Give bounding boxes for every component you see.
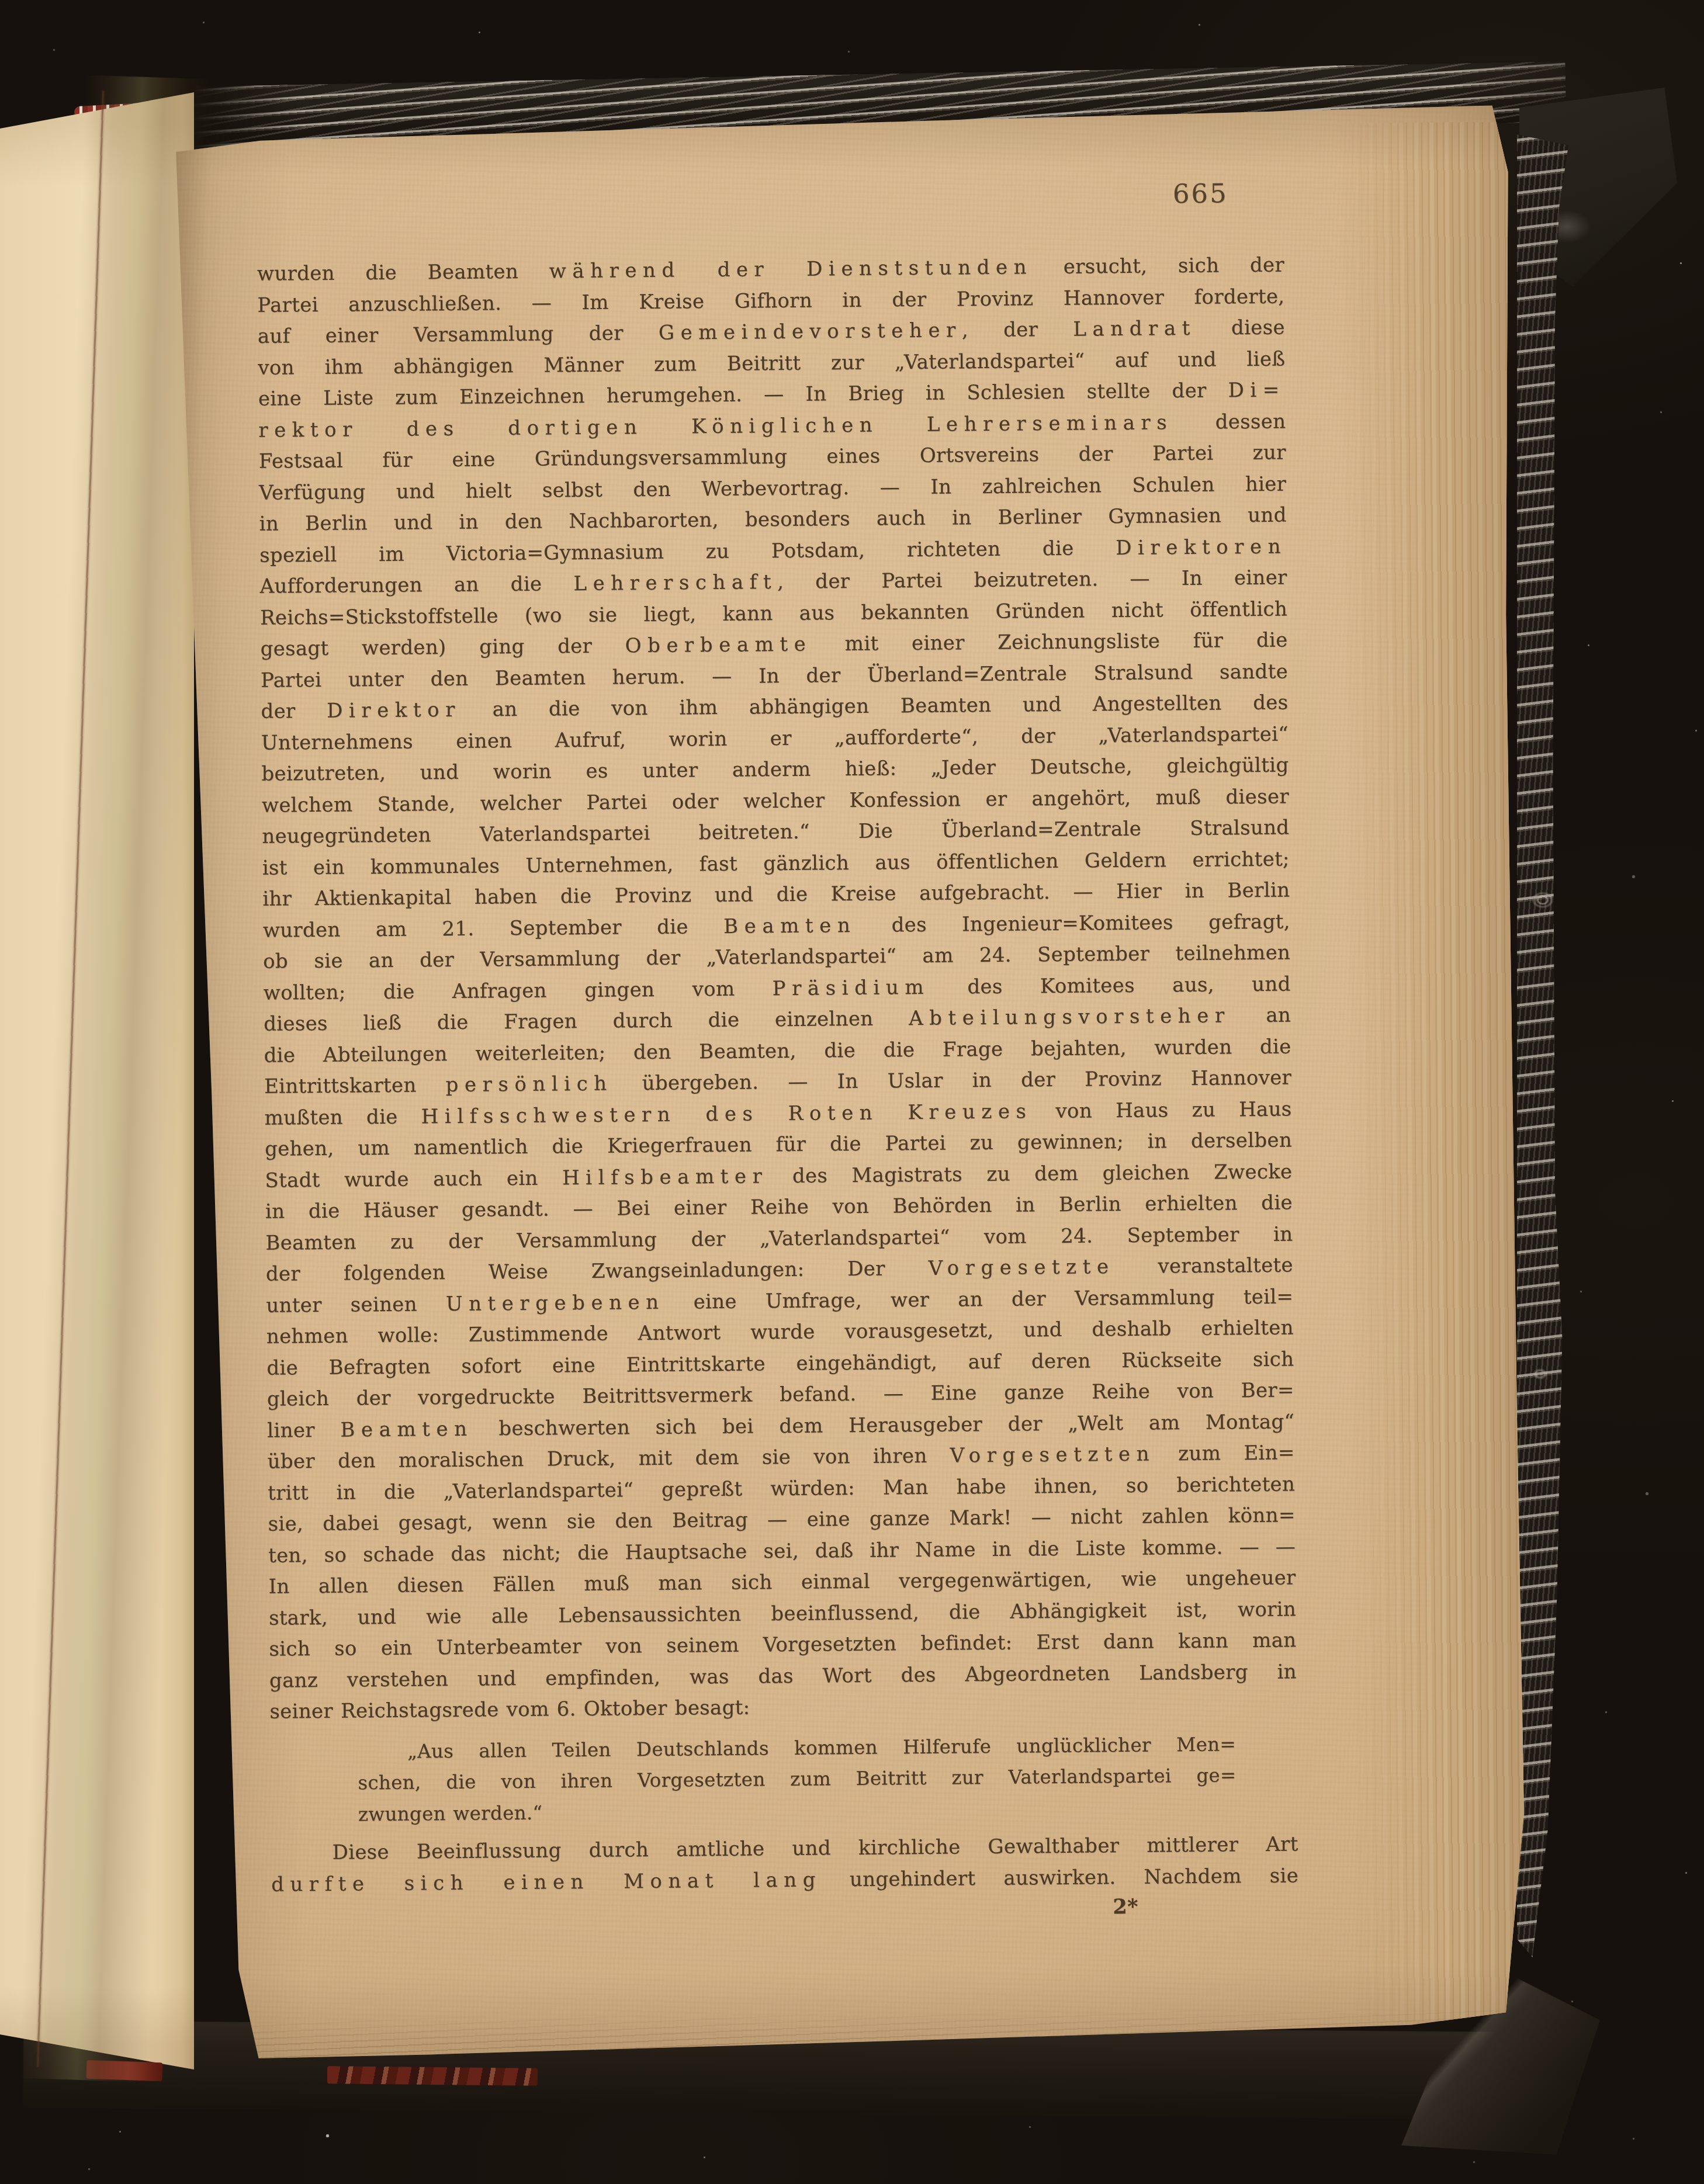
body-text: dessen bbox=[1173, 410, 1286, 434]
body-text: in die Häuser gesandt. — Bei einer Reihe… bbox=[265, 1191, 1293, 1223]
cover-red-marble-bottom bbox=[327, 2066, 538, 2086]
body-text: diese bbox=[1196, 316, 1285, 340]
body-text: die Abteilungen weiterleiten; den Beamte… bbox=[264, 1035, 1291, 1067]
body-text: gleich der vorgedruckte Beitrittsvermerk… bbox=[267, 1378, 1294, 1410]
body-text: wollten; die Anfragen gingen vom bbox=[264, 977, 773, 1005]
body-text: Partei unter den Beamten herum. — In der… bbox=[261, 660, 1288, 692]
body-text: stark, und wie alle Lebensaussichten bee… bbox=[269, 1597, 1296, 1630]
letterspaced-text: Lehrerschaft bbox=[573, 570, 777, 595]
book-photo: 665 wurden die Beamten während der Diens… bbox=[0, 0, 1704, 2184]
body-text: ten, so schade das nicht; die Hauptsache… bbox=[268, 1535, 1296, 1567]
letterspaced-text: Di= bbox=[1228, 379, 1286, 403]
body-text: dieses ließ die Fragen durch die einzeln… bbox=[264, 1007, 909, 1036]
blockquote: „Aus allen Teilen Deutschlands kommen Hi… bbox=[270, 1728, 1298, 1831]
signature-mark: 2* bbox=[271, 1895, 1138, 1926]
letterspaced-text: Hilfsschwestern des Roten Kreuzes bbox=[421, 1100, 1033, 1128]
body-text: eine Umfrage, wer an der Versammlung tei… bbox=[664, 1285, 1293, 1313]
body-text: Verfügung und hielt selbst den Werbevort… bbox=[259, 472, 1286, 504]
body-text: Diese Beeinflussung durch amtliche und k… bbox=[332, 1832, 1298, 1864]
letterspaced-text: Untergebenen bbox=[446, 1290, 665, 1315]
body-text: von ihm abhängigen Männer zum Beitritt z… bbox=[258, 347, 1285, 379]
letterspaced-text: während der Dienststunden bbox=[549, 255, 1033, 283]
body-text: von Haus zu Haus bbox=[1032, 1097, 1291, 1123]
body-text: sie, dabei gesagt, wenn sie den Beitrag … bbox=[268, 1503, 1295, 1535]
body-text: sich so ein Unterbeamter von seinem Vorg… bbox=[269, 1628, 1296, 1660]
book-page: 665 wurden die Beamten während der Diens… bbox=[167, 89, 1539, 2064]
body-text: beizutreten, und worin es unter anderm h… bbox=[261, 753, 1289, 785]
body-text: tritt in die „Vaterlandspartei“ gepreßt … bbox=[268, 1472, 1295, 1504]
body-text: ganz verstehen und empfinden, was das Wo… bbox=[269, 1660, 1297, 1692]
body-text: beschwerten sich bei dem Herausgeber der… bbox=[473, 1410, 1294, 1440]
body-text: auf einer Versammlung der bbox=[258, 321, 659, 348]
body-text: gehen, um namentlich die Kriegerfrauen f… bbox=[265, 1128, 1292, 1160]
body-text: Partei anzuschließen. — Im Kreise Gifhor… bbox=[257, 285, 1284, 317]
letterspaced-text: Abteilungsvorsteher bbox=[909, 1004, 1231, 1030]
letterspaced-text: Vorgesetzte bbox=[928, 1255, 1114, 1280]
body-text: eine Liste zum Einzeichnen herumgehen. —… bbox=[258, 379, 1228, 410]
body-text: mußten die bbox=[264, 1105, 421, 1129]
body-text: liner bbox=[267, 1418, 341, 1442]
body-text: gesagt werden) ging der bbox=[260, 634, 625, 660]
letterspaced-text: Oberbeamte bbox=[625, 633, 812, 658]
closing-paragraph: Diese Beeinflussung durch amtliche und k… bbox=[271, 1829, 1298, 1900]
body-text: Stadt wurde auch ein bbox=[265, 1166, 562, 1192]
letterspaced-text: persönlich bbox=[445, 1072, 612, 1097]
letterspaced-text: durfte sich einen Monat lang bbox=[271, 1868, 822, 1896]
body-text: , der Partei beizutreten. — In einer bbox=[777, 566, 1287, 594]
body-text: ihr Aktienkapital haben die Provinz und … bbox=[262, 878, 1290, 910]
body-text: zum Ein= bbox=[1155, 1441, 1295, 1465]
body-text: des Magistrats zu dem gleichen Zwecke bbox=[768, 1160, 1292, 1188]
facing-page-edge bbox=[0, 82, 194, 2080]
letterspaced-text: Direktor bbox=[327, 698, 461, 723]
body-text: neugegründeten Vaterlandspartei beitrete… bbox=[262, 816, 1289, 848]
body-text: ersucht, sich der bbox=[1033, 254, 1284, 279]
body-text: , der bbox=[962, 318, 1073, 342]
body-text: zwungen werden.“ bbox=[358, 1801, 543, 1825]
marbled-cover-right-edge bbox=[1517, 134, 1568, 1957]
body-text: veranstaltete bbox=[1114, 1253, 1293, 1278]
dust-specks bbox=[0, 0, 1, 1]
body-text: des Komitees aus, und bbox=[930, 972, 1291, 999]
page-number: 665 bbox=[1173, 177, 1290, 209]
letterspaced-text: Beamten bbox=[723, 913, 856, 938]
fore-edge-page-stack bbox=[1338, 122, 1530, 2022]
body-text: an die von ihm abhängigen Beamten und An… bbox=[461, 691, 1289, 721]
letterspaced-text: Gemeindevorsteher bbox=[659, 318, 962, 345]
body-text: wurden die Beamten bbox=[257, 259, 549, 285]
body-text: Reichs=Stickstoffstelle (wo sie liegt, k… bbox=[260, 597, 1287, 629]
body-text: unter seinen bbox=[266, 1292, 446, 1318]
body-text: schen, die von ihren Vorgesetzten zum Be… bbox=[358, 1764, 1236, 1794]
body-text: welchem Stande, welcher Partei oder welc… bbox=[262, 785, 1289, 817]
body-text: Aufforderungen an die bbox=[259, 572, 573, 598]
body-text: nehmen wolle: Zustimmende Antwort wurde … bbox=[266, 1316, 1294, 1348]
body-text: ungehindert auswirken. Nachdem sie bbox=[822, 1864, 1298, 1891]
body-text: Unternehmens einen Aufruf, worin er „auf… bbox=[261, 722, 1289, 754]
body-text: ist ein kommunales Unternehmen, fast gän… bbox=[262, 847, 1290, 879]
body-text: wurden am 21. September die bbox=[263, 914, 724, 942]
body-text: Festsaal für eine Gründungsversammlung e… bbox=[259, 441, 1286, 473]
page-text-block: wurden die Beamten während der Dienststu… bbox=[257, 250, 1299, 1929]
body-text: der bbox=[261, 699, 327, 723]
body-text: der folgenden Weise Zwangseinladungen: D… bbox=[266, 1257, 929, 1286]
body-text: seiner Reichstagsrede vom 6. Oktober bes… bbox=[269, 1696, 750, 1724]
letterspaced-text: Vorgesetzten bbox=[950, 1443, 1156, 1468]
body-text: speziell im Victoria=Gymnasium zu Potsda… bbox=[259, 536, 1116, 567]
cover-red-edge-bottom-left bbox=[86, 2060, 162, 2082]
body-text: in Berlin und in den Nachbarorten, beson… bbox=[259, 503, 1287, 535]
body-text: In allen diesen Fällen muß man sich einm… bbox=[268, 1566, 1296, 1598]
body-text: Beamten zu der Versammlung der „Vaterlan… bbox=[265, 1222, 1293, 1254]
body-paragraph: wurden die Beamten während der Dienststu… bbox=[257, 250, 1297, 1728]
body-text: des Ingenieur=Komitees gefragt, bbox=[856, 910, 1290, 937]
body-text: Eintrittskarten bbox=[264, 1073, 446, 1098]
letterspaced-text: Landrat bbox=[1073, 317, 1196, 341]
body-text: übergeben. — In Uslar in der Provinz Han… bbox=[612, 1066, 1291, 1095]
body-text: an bbox=[1230, 1003, 1291, 1027]
body-text: mit einer Zeichnungsliste für die bbox=[812, 628, 1288, 656]
body-text: über den moralischen Druck, mit dem sie … bbox=[268, 1444, 950, 1474]
letterspaced-text: rektor des dortigen Königlichen Lehrerse… bbox=[258, 411, 1173, 442]
letterspaced-text: Direktoren bbox=[1116, 535, 1287, 560]
letterspaced-text: Präsidium bbox=[773, 975, 930, 1000]
body-text: „Aus allen Teilen Deutschlands kommen Hi… bbox=[407, 1733, 1236, 1762]
letterspaced-text: Hilfsbeamter bbox=[562, 1164, 768, 1190]
body-text: die Befragten sofort eine Eintrittskarte… bbox=[266, 1347, 1294, 1379]
letterspaced-text: Beamten bbox=[340, 1417, 473, 1441]
body-text: ob sie an der Versammlung der „Vaterland… bbox=[263, 941, 1290, 973]
